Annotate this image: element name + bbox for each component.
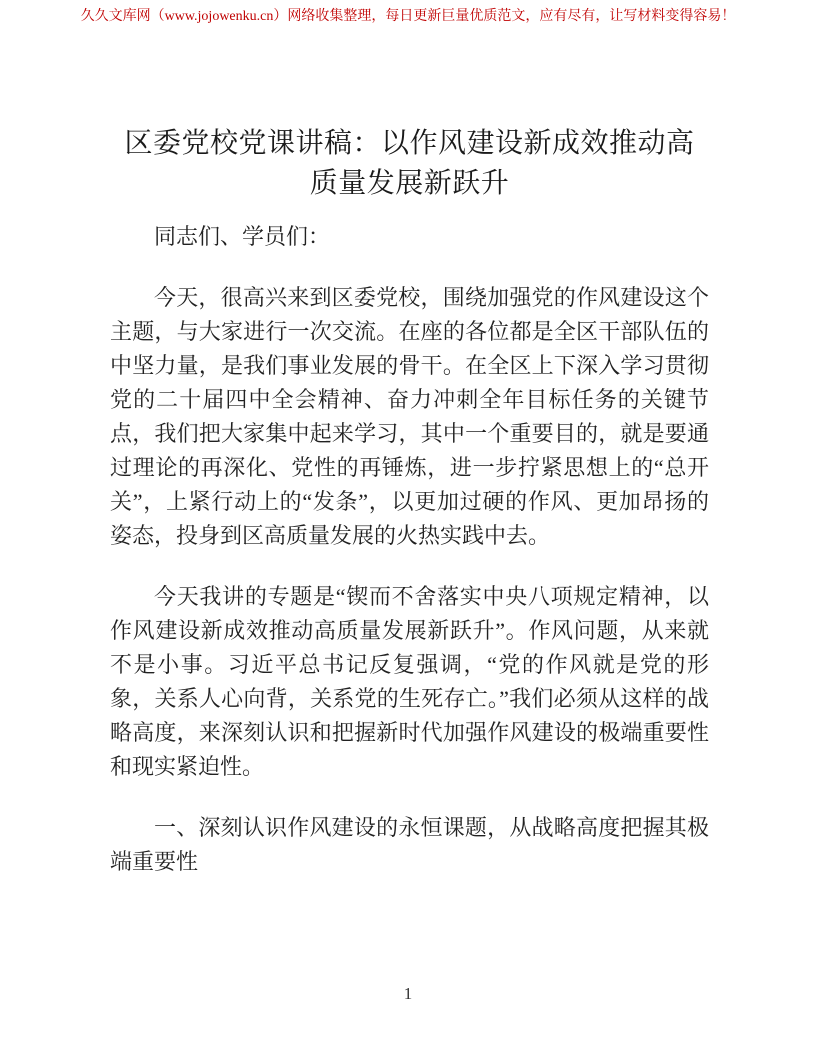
salutation-line: 同志们、学员们： [110,220,709,254]
section-heading-1: 一、深刻认识作风建设的永恒课题，从战略高度把握其极端重要性 [110,811,709,879]
watermark-header: 久久文库网（www.jojowenku.cn）网络收集整理，每日更新巨量优质范文… [0,8,816,26]
page-number: 1 [0,984,816,1004]
body-paragraph-1: 今天，很高兴来到区委党校，围绕加强党的作风建设这个主题，与大家进行一次交流。在座… [110,281,709,553]
document-title: 区委党校党课讲稿：以作风建设新成效推动高质量发展新跃升 [120,124,700,204]
body-paragraph-2: 今天我讲的专题是“锲而不舍落实中央八项规定精神，以作风建设新成效推动高质量发展新… [110,580,709,784]
document-page: 久久文库网（www.jojowenku.cn）网络收集整理，每日更新巨量优质范文… [0,0,816,1056]
